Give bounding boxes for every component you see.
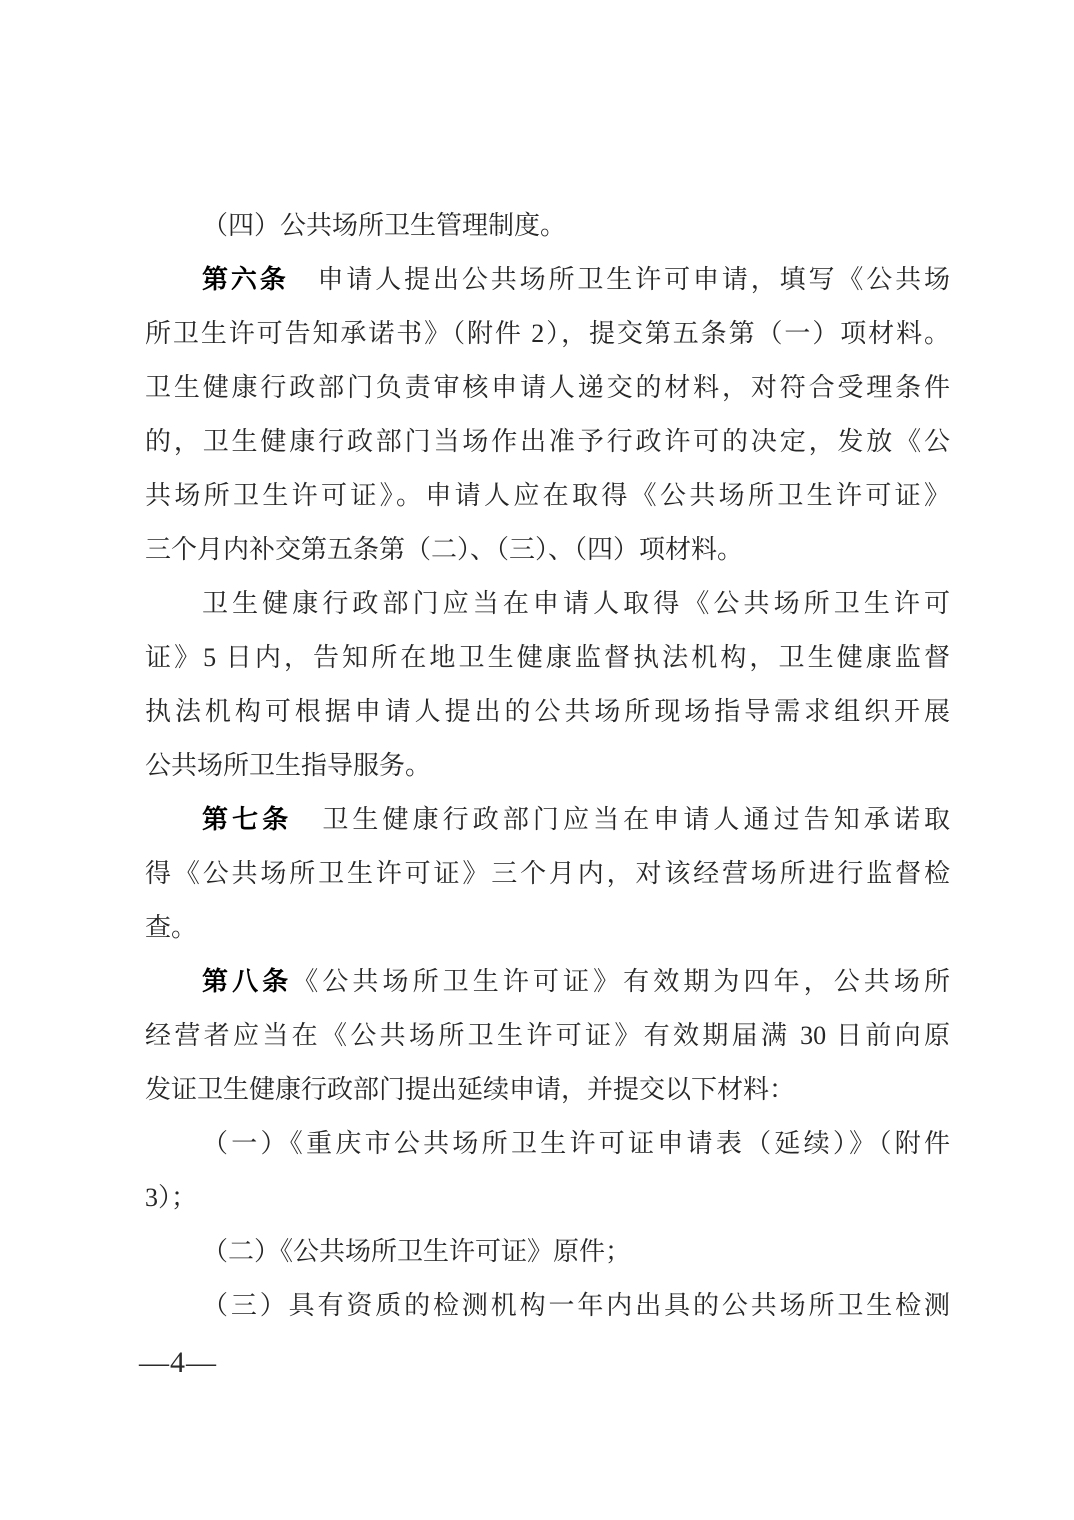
line-text: 3）； [145, 1183, 197, 1212]
line-text: 执法机构可根据申请人提出的公共场所现场指导需求组织开展 [145, 697, 950, 726]
line-text: （一）《重庆市公共场所卫生许可证申请表（延续）》（附件 [202, 1129, 950, 1158]
line-text: 的，卫生健康行政部门当场作出准予行政许可的决定，发放《公 [145, 427, 950, 456]
line-text: 共场所卫生许可证》。申请人应在取得《公共场所卫生许可证》 [145, 481, 950, 510]
line-text: 卫生健康行政部门负责审核申请人递交的材料，对符合受理条件 [145, 373, 950, 402]
line-text: 三个月内补交第五条第（二）、（三）、（四）项材料。 [145, 535, 743, 564]
line-text: 公共场所卫生指导服务。 [145, 751, 431, 780]
text-line: （四）公共场所卫生管理制度。 [145, 199, 950, 253]
document-page: （四）公共场所卫生管理制度。 第六条 申请人提出公共场所卫生许可申请，填写《公共… [0, 0, 1074, 1520]
line-text: （四）公共场所卫生管理制度。 [202, 211, 566, 240]
text-line: 经营者应当在《公共场所卫生许可证》有效期届满 30 日前向原 [145, 1009, 950, 1063]
text-line: （三）具有资质的检测机构一年内出具的公共场所卫生检测 [145, 1279, 950, 1333]
text-line: 第六条 申请人提出公共场所卫生许可申请，填写《公共场 [145, 253, 950, 307]
text-line: 发证卫生健康行政部门提出延续申请，并提交以下材料： [145, 1063, 950, 1117]
text-line: （一）《重庆市公共场所卫生许可证申请表（延续）》（附件 [145, 1117, 950, 1171]
text-line: 查。 [145, 901, 950, 955]
article-7-heading: 第七条 [202, 805, 292, 835]
text-line: 得《公共场所卫生许可证》三个月内，对该经营场所进行监督检 [145, 847, 950, 901]
text-line: 卫生健康行政部门负责审核申请人递交的材料，对符合受理条件 [145, 361, 950, 415]
text-line: 第八条《公共场所卫生许可证》有效期为四年，公共场所 [145, 955, 950, 1009]
text-line: 证》5 日内，告知所在地卫生健康监督执法机构，卫生健康监督 [145, 631, 950, 685]
line-text: 卫生健康行政部门应当在申请人通过告知承诺取 [292, 805, 950, 834]
text-line: 三个月内补交第五条第（二）、（三）、（四）项材料。 [145, 523, 950, 577]
article-6-heading: 第六条 [202, 265, 289, 295]
text-line: （二）《公共场所卫生许可证》原件； [145, 1225, 950, 1279]
line-text: 《公共场所卫生许可证》有效期为四年，公共场所 [292, 967, 950, 996]
text-line: 共场所卫生许可证》。申请人应在取得《公共场所卫生许可证》 [145, 469, 950, 523]
line-text: 发证卫生健康行政部门提出延续申请，并提交以下材料： [145, 1075, 795, 1104]
line-text: （三）具有资质的检测机构一年内出具的公共场所卫生检测 [202, 1291, 950, 1320]
line-text: 申请人提出公共场所卫生许可申请，填写《公共场 [289, 265, 950, 294]
line-text: 经营者应当在《公共场所卫生许可证》有效期届满 30 日前向原 [145, 1021, 950, 1050]
line-text: 得《公共场所卫生许可证》三个月内，对该经营场所进行监督检 [145, 859, 950, 888]
line-text: （二）《公共场所卫生许可证》原件； [202, 1237, 631, 1266]
text-line: 第七条 卫生健康行政部门应当在申请人通过告知承诺取 [145, 793, 950, 847]
line-text: 所卫生许可告知承诺书》（附件 2），提交第五条第（一）项材料。 [145, 319, 950, 348]
text-line: 卫生健康行政部门应当在申请人取得《公共场所卫生许可 [145, 577, 950, 631]
document-body: （四）公共场所卫生管理制度。 第六条 申请人提出公共场所卫生许可申请，填写《公共… [145, 199, 950, 1333]
line-text: 查。 [145, 913, 197, 942]
page-number: —4— [139, 1347, 217, 1379]
text-line: 公共场所卫生指导服务。 [145, 739, 950, 793]
line-text: 证》5 日内，告知所在地卫生健康监督执法机构，卫生健康监督 [145, 643, 950, 672]
text-line: 所卫生许可告知承诺书》（附件 2），提交第五条第（一）项材料。 [145, 307, 950, 361]
line-text: 卫生健康行政部门应当在申请人取得《公共场所卫生许可 [202, 589, 950, 618]
text-line: 的，卫生健康行政部门当场作出准予行政许可的决定，发放《公 [145, 415, 950, 469]
article-8-heading: 第八条 [202, 967, 292, 997]
text-line: 执法机构可根据申请人提出的公共场所现场指导需求组织开展 [145, 685, 950, 739]
text-line: 3）； [145, 1171, 950, 1225]
